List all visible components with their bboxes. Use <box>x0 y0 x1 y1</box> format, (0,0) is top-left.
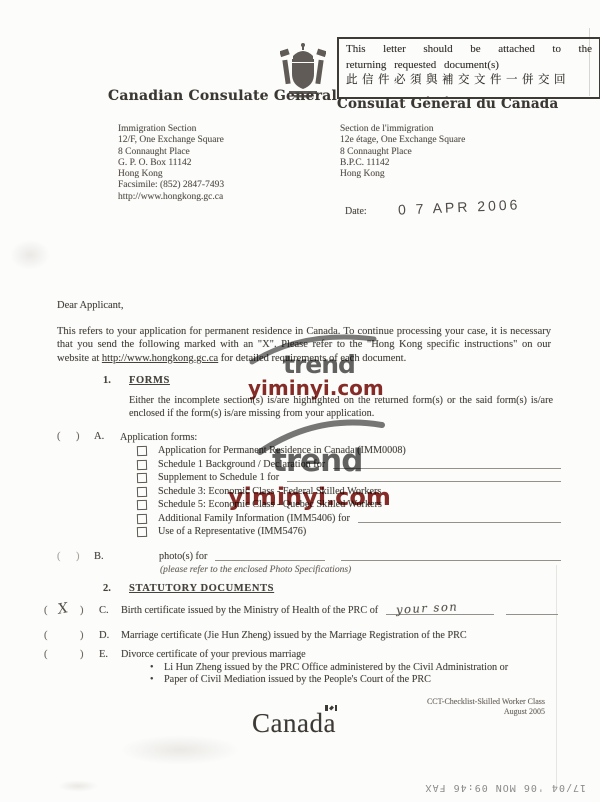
address-line: 12/F, One Exchange Square <box>118 135 224 146</box>
item-letter: D. <box>99 630 109 641</box>
stamp-line: This letter should be attached to the <box>346 42 592 58</box>
canada-coat-of-arms-icon <box>280 42 326 100</box>
paren-close: ) <box>80 630 84 641</box>
form-item-label: Use of a Representative (IMM5476) <box>158 526 306 538</box>
website-link[interactable]: http://www.hongkong.gc.ca <box>102 353 218 364</box>
fill-in-blank[interactable] <box>215 551 325 561</box>
bullet-icon: • <box>150 674 154 685</box>
item-letter: E. <box>99 649 108 660</box>
item-e-label: Divorce certificate of your previous mar… <box>121 649 558 660</box>
address-line: Immigration Section <box>118 124 224 135</box>
stamp-line-chinese: 此信件必須與補交文件一併交回 <box>346 73 592 89</box>
watermark-brand: trend <box>272 443 362 479</box>
paren-open: ( <box>57 431 61 442</box>
address-block-en: Immigration Section 12/F, One Exchange S… <box>118 124 224 203</box>
address-line: B.P.C. 11142 <box>340 158 465 169</box>
item-e-bullet: Li Hun Zheng issued by the PRC Office ad… <box>164 662 564 673</box>
address-line: Section de l'immigration <box>340 124 465 135</box>
address-line: 12e étage, One Exchange Square <box>340 135 465 146</box>
paren-open: ( <box>44 630 48 641</box>
paren-close: ) <box>76 431 80 442</box>
watermark-site: yiminyi.com <box>228 483 391 511</box>
x-mark[interactable]: X <box>57 600 70 617</box>
address-line: 8 Connaught Place <box>118 147 224 158</box>
item-letter: A. <box>94 431 104 442</box>
paren-close: ) <box>80 605 84 616</box>
item-c-row: Birth certificate issued by the Ministry… <box>121 605 558 617</box>
letterhead-title-fr: Consulat Général du Canada <box>337 96 558 112</box>
checkbox-icon[interactable] <box>137 487 147 497</box>
item-letter: B. <box>94 551 104 562</box>
item-c-label: Birth certificate issued by the Ministry… <box>121 605 378 617</box>
bullet-icon: • <box>150 662 154 673</box>
watermark-brand: trend <box>283 350 355 379</box>
wordmark-text: Canad <box>252 708 323 738</box>
scan-artifact <box>10 240 50 270</box>
address-block-fr: Section de l'immigration 12e étage, One … <box>340 124 465 180</box>
section-heading-statutory: STATUTORY DOCUMENTS <box>129 583 274 594</box>
form-checklist-row: Additional Family Information (IMM5406) … <box>137 513 561 525</box>
fill-in-blank[interactable]: your son <box>386 605 494 615</box>
fill-in-blank[interactable] <box>358 513 561 523</box>
date-label: Date: <box>345 206 367 217</box>
checkbox-icon[interactable] <box>137 500 147 510</box>
document-reference: CCT-Checklist-Skilled Worker Class <box>330 697 545 707</box>
fill-in-blank[interactable] <box>506 605 558 615</box>
address-line: Facsimile: (852) 2847-7493 <box>118 180 224 191</box>
watermark-site: yiminyi.com <box>248 376 384 400</box>
address-line: Hong Kong <box>118 169 224 180</box>
checkbox-icon[interactable] <box>137 527 147 537</box>
document-date: August 2005 <box>330 707 545 717</box>
form-checklist-row: Use of a Representative (IMM5476) <box>137 526 561 538</box>
checkbox-icon[interactable] <box>137 446 147 456</box>
checkbox-icon[interactable] <box>137 460 147 470</box>
paren-close: ) <box>76 551 80 562</box>
section-number: 2. <box>103 583 111 594</box>
fill-in-blank[interactable] <box>333 459 561 469</box>
stamp-line: returning requested document(s) <box>346 58 592 74</box>
document-page: This letter should be attached to the re… <box>0 0 600 802</box>
item-b-row: photo(s) for <box>137 551 561 563</box>
website-link[interactable]: http://www.hongkong.gc.ca <box>118 192 224 203</box>
item-letter: C. <box>99 605 109 616</box>
attachment-stamp-box: This letter should be attached to the re… <box>337 37 600 99</box>
wordmark-text: a <box>323 708 335 738</box>
address-line: Hong Kong <box>340 169 465 180</box>
item-b-label: photo(s) for <box>159 551 207 563</box>
scan-artifact <box>120 735 240 765</box>
canada-flag-icon <box>325 705 337 711</box>
item-a-label: Application forms: <box>120 431 197 444</box>
form-item-label: Additional Family Information (IMM5406) … <box>158 513 350 525</box>
checkbox-icon[interactable] <box>137 514 147 524</box>
checkbox-icon[interactable] <box>137 473 147 483</box>
photo-spec-note: (please refer to the enclosed Photo Spec… <box>160 565 351 575</box>
address-line: 8 Connaught Place <box>340 147 465 158</box>
paren-open: ( <box>57 551 61 562</box>
salutation: Dear Applicant, <box>57 299 123 312</box>
address-line: G. P. O. Box 11142 <box>118 158 224 169</box>
scan-artifact <box>58 780 98 792</box>
paren-open: ( <box>44 649 48 660</box>
date-stamp: 0 7 APR 2006 <box>398 196 521 217</box>
section-number: 1. <box>103 375 111 386</box>
canada-wordmark: Canada <box>252 708 336 739</box>
section-heading-forms: FORMS <box>129 375 170 386</box>
fax-timestamp: 17/04 '06 MON 09:46 FAX <box>330 782 586 793</box>
handwritten-entry: your son <box>396 600 459 615</box>
item-e-bullet: Paper of Civil Mediation issued by the P… <box>164 674 564 685</box>
paren-close: ) <box>80 649 84 660</box>
paren-open: ( <box>44 605 48 616</box>
fill-in-blank[interactable] <box>341 551 561 561</box>
item-d-label: Marriage certificate (Jie Hun Zheng) iss… <box>121 630 558 641</box>
